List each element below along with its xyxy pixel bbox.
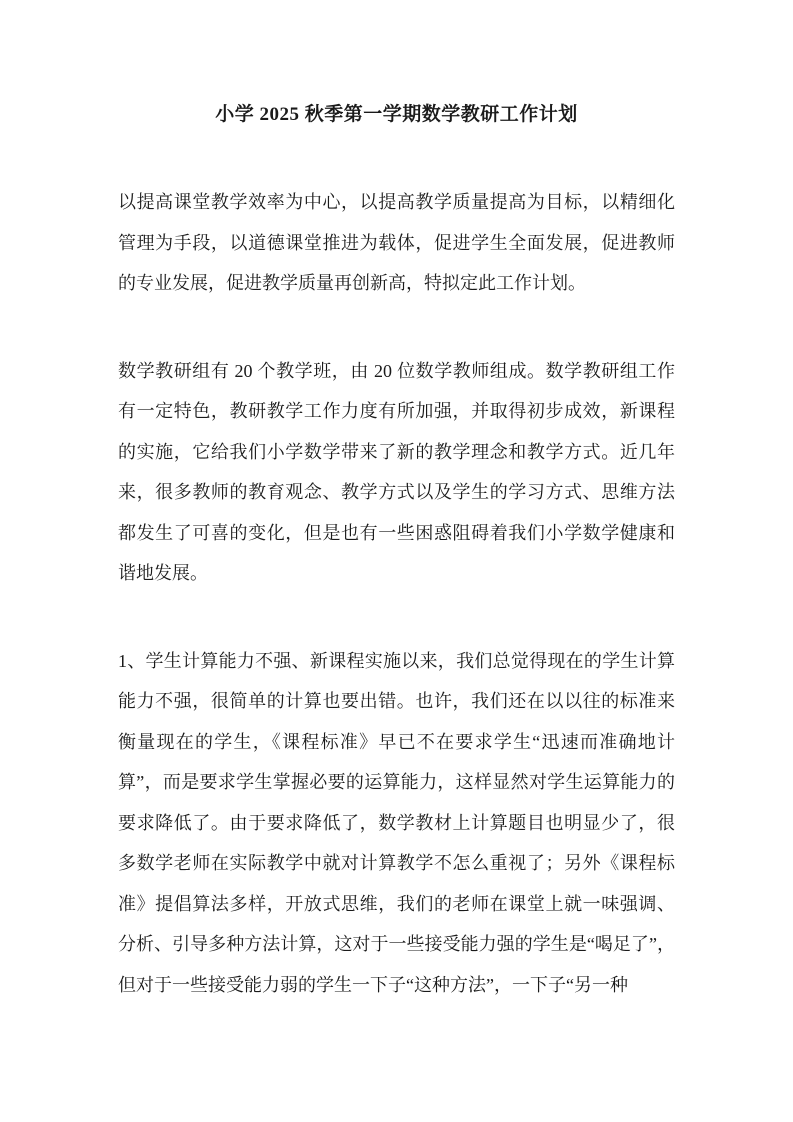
document-page: 小学 2025 秋季第一学期数学教研工作计划 以提高课堂教学效率为中心，以提高教… xyxy=(0,0,793,1122)
page-title: 小学 2025 秋季第一学期数学教研工作计划 xyxy=(118,95,675,135)
paragraph-overview: 数学教研组有 20 个教学班，由 20 位数学教师组成。数学教研组工作有一定特色… xyxy=(118,351,675,594)
paragraph-intro: 以提高课堂教学效率为中心，以提高教学质量提高为目标，以精细化管理为手段，以道德课… xyxy=(118,182,675,304)
paragraph-item-1: 1、学生计算能力不强、新课程实施以来，我们总觉得现在的学生计算能力不强，很简单的… xyxy=(118,641,675,1006)
document-content: 小学 2025 秋季第一学期数学教研工作计划 以提高课堂教学效率为中心，以提高教… xyxy=(0,0,793,1005)
